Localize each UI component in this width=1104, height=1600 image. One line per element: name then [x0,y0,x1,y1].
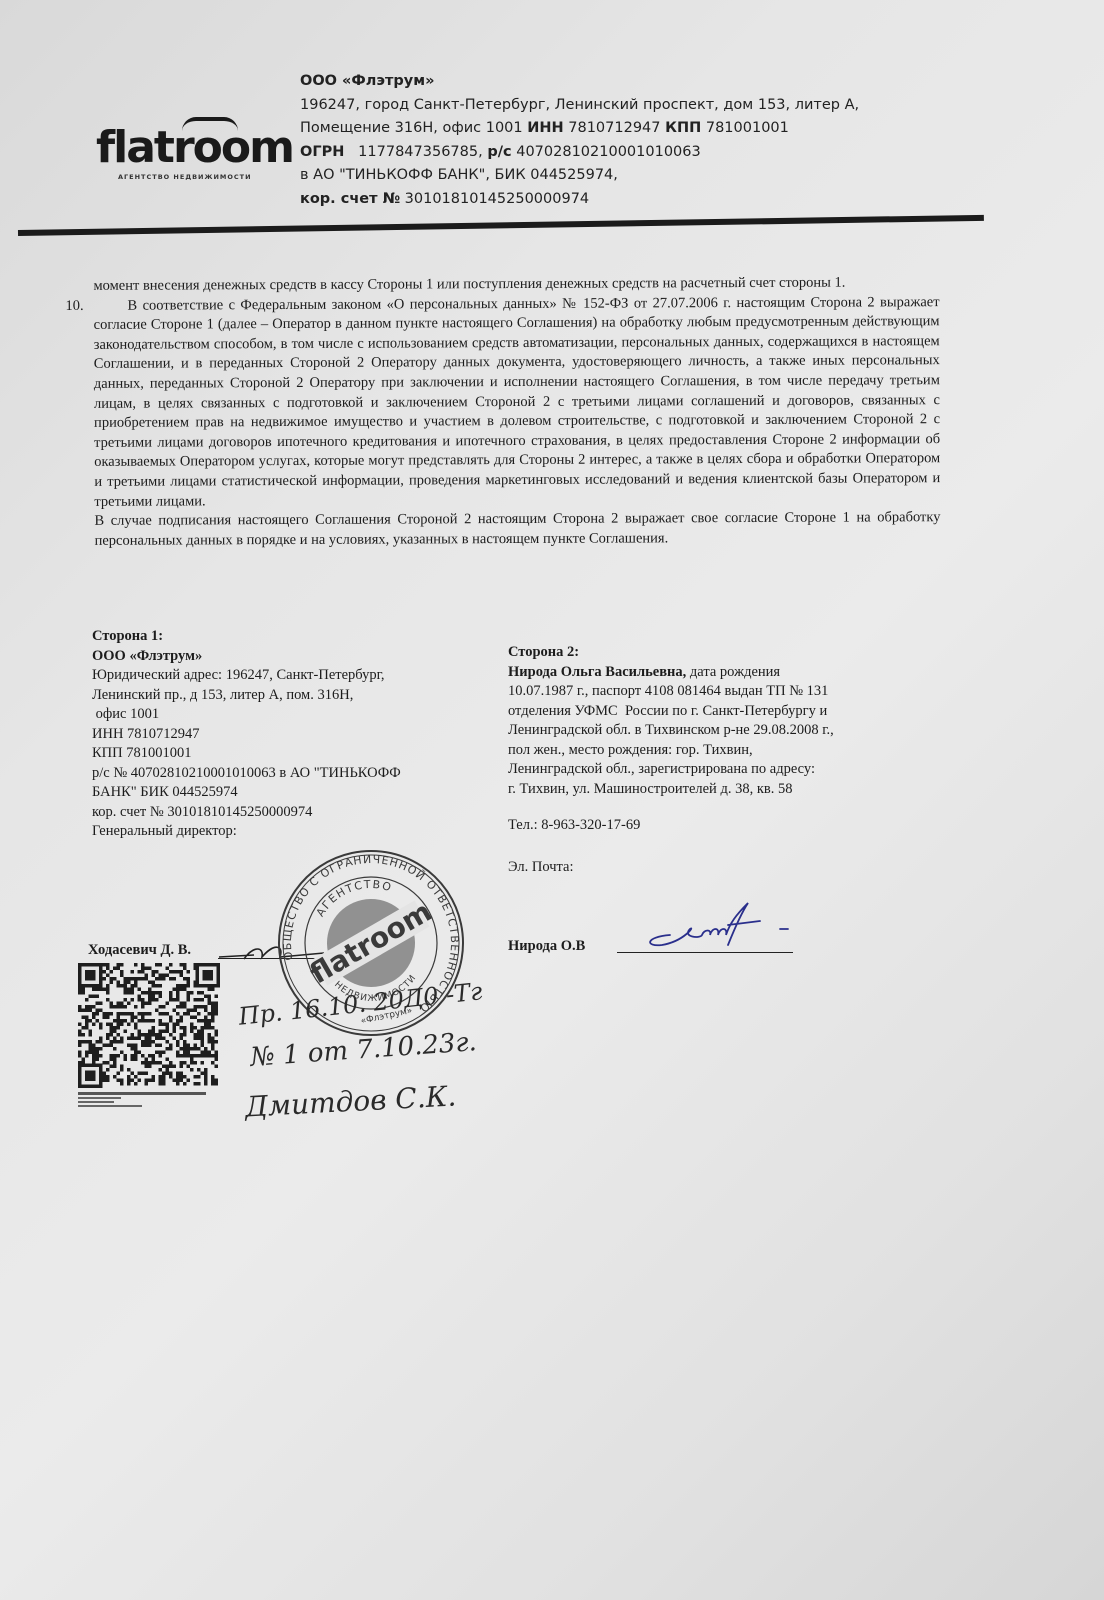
qr-code [78,963,220,1088]
company-name: ООО «Флэтрум» [300,70,859,94]
party-1-line: БАНК" БИК 044525974 [92,783,401,803]
party-2-email: Эл. Почта: [508,858,834,878]
party-1-heading: Сторона 1: [92,627,401,647]
header-divider [18,215,984,236]
company-premises-ids: Помещение 316Н, офис 1001 ИНН 7810712947… [300,117,859,141]
party-1-line: кор. счет № 30101810145250000974 [92,803,401,823]
closing-paragraph: В случае подписания настоящего Соглашени… [94,508,940,551]
company-logo: flatroom АГЕНТСТВО НЕДВИЖИМОСТИ [96,126,276,181]
party-2-phone: Тел.: 8-963-320-17-69 [508,816,834,836]
party-2-name-line: Нирода Ольга Васильевна, дата рождения [508,663,834,683]
party-2-line: Ленинградской обл., зарегистрирована по … [508,760,834,780]
clause-10: 10. В соответствие с Федеральным законом… [93,293,940,512]
logo-wordmark: flatroom [96,126,276,170]
party-1-name: ООО «Флэтрум» [92,647,401,667]
clause-number: 10. [65,296,83,316]
qr-caption [78,1090,220,1109]
party-2-signature [640,895,800,955]
letterhead-details: ООО «Флэтрум» 196247, город Санкт-Петерб… [300,70,859,211]
party-1-details: Сторона 1: ООО «Флэтрум» Юридический адр… [92,627,401,842]
party-2-line: пол жен., место рождения: гор. Тихвин, [508,741,834,761]
party-1-line: КПП 781001001 [92,744,401,764]
party-2-details: Сторона 2: Нирода Ольга Васильевна, дата… [508,643,834,877]
company-corr-account: кор. счет № 30101810145250000974 [300,188,859,212]
party-2-signatory: Нирода О.В [508,938,585,955]
party-1-signatory: Ходасевич Д. В. [88,942,191,959]
company-ogrn-account: ОГРН 1177847356785, р/с 4070281021000101… [300,141,859,165]
party-2-line: г. Тихвин, ул. Машиностроителей д. 38, к… [508,780,834,800]
company-address: 196247, город Санкт-Петербург, Ленинский… [300,94,859,118]
party-1-line: ИНН 7810712947 [92,725,401,745]
party-2-heading: Сторона 2: [508,643,834,663]
party-2-line: отделения УФМС России по г. Санкт-Петерб… [508,702,834,722]
party-1-line: р/с № 40702810210001010063 в АО "ТИНЬКОФ… [92,764,401,784]
company-bank: в АО "ТИНЬКОФФ БАНК", БИК 044525974, [300,164,859,188]
party-1-line: Юридический адрес: 196247, Санкт-Петербу… [92,666,401,686]
agreement-body: момент внесения денежных средств в кассу… [93,273,940,551]
handwritten-note-line-3: Дмитдов С.К. [244,1079,457,1123]
party-1-line: Генеральный директор: [92,822,401,842]
party-2-line: Ленинградской обл. в Тихвинском р-не 29.… [508,721,834,741]
clause-text: В соответствие с Федеральным законом «О … [93,293,940,512]
house-roof-icon [182,117,238,131]
party-2-line: 10.07.1987 г., паспорт 4108 081464 выдан… [508,682,834,702]
party-1-line: Ленинский пр., д 153, литер А, пом. 316Н… [92,686,401,706]
logo-tagline: АГЕНТСТВО НЕДВИЖИМОСТИ [118,173,276,181]
party-1-line: офис 1001 [92,705,401,725]
